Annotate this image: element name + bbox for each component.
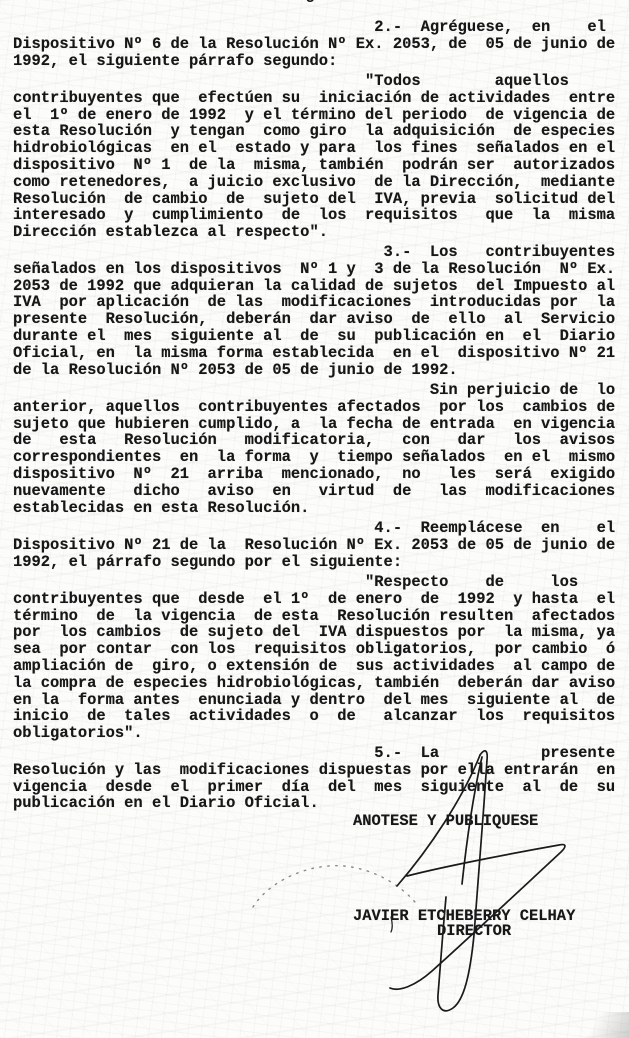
scanned-resolution-page: 3 2.- Agréguese, en el Dispositivo Nº 6 …: [0, 0, 629, 1038]
paragraph-item-3-continuation: Sin perjuicio de lo anterior, aquellos c…: [13, 382, 615, 516]
scan-corner-shade: [577, 1012, 629, 1038]
page-number-fragment: 3: [306, 0, 314, 7]
paragraph-item-2-quote: "Todos aquellos contribuyentes que efect…: [13, 73, 615, 241]
signer-title: DIRECTOR: [437, 923, 511, 940]
paragraph-item-5: 5.- La presente Resolución y las modific…: [13, 745, 615, 812]
stamp-arc: [253, 866, 418, 907]
closing-order-line: ANOTESE Y PUBLIQUESE: [353, 813, 538, 830]
paragraph-item-4-quote: "Respecto de los contribuyentes que desd…: [13, 574, 615, 742]
paragraph-item-2-intro: 2.- Agréguese, en el Dispositivo Nº 6 de…: [13, 19, 615, 69]
paragraph-item-4-intro: 4.- Reemplácese en el Dispositivo Nº 21 …: [13, 520, 615, 570]
paragraph-item-3: 3.- Los contribuyentes señalados en los …: [13, 244, 615, 378]
